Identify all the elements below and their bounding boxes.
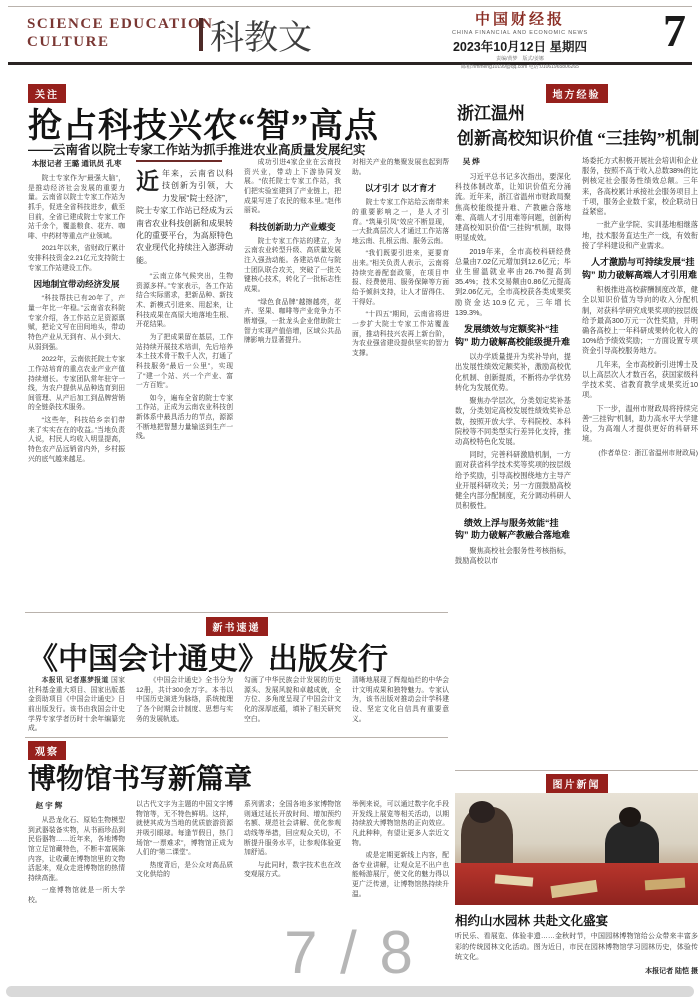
- body-text: 2022年，云南依托院士专家工作站培育的重点农业产业产值持续增长。专家团队常年驻…: [28, 355, 125, 413]
- main-intro: 近年来，云南省以科技创新为引领，大力发展“院士经济”，院士专家工作站已经成为云南…: [136, 168, 233, 267]
- wenzhou-col-right: 场委托方式积极开展社会培训和企业服务，按照不高于收入总数38%的比例核定社会服务…: [582, 156, 698, 764]
- body-text: 院士专家作为“最强大脑”，是推动经济社会发展的重要力量。云南省以院士专家工作站为…: [28, 174, 125, 241]
- body-text: 场委托方式积极开展社会培训和企业服务，按照不高于收入总数38%的比例核定社会服务…: [582, 156, 698, 217]
- main-col-2: 近年来，云南省以科技创新为引领，大力发展“院士经济”，院士专家工作站已经成为云南…: [136, 158, 233, 604]
- main-col-4: 对相关产业的集聚发展也起到帮助。 以才引才 以才育才 院士专家工作站给云南带来的…: [352, 158, 449, 604]
- body-text: “这些年，科技给乡亲们带来了实实在在的收益。”当地负责人说，村民人均收入明显提高…: [28, 416, 125, 464]
- body-text: 为了把成果留在基层，工作站持续开展技术培训，先后培养本土技术骨干数千人次，打通了…: [136, 333, 233, 391]
- body-text: “十四五”期间，云南省将进一步扩大院士专家工作站覆盖面，推动科技兴农再上新台阶，…: [352, 310, 449, 358]
- body-text: 聚焦高校社会服务性考核指标，鼓励高校以市: [455, 546, 571, 566]
- book-headline: 《中国会计通史》出版发行: [28, 634, 388, 678]
- tag-label: 图片新闻: [546, 774, 608, 793]
- newspaper-page: SCIENCE EDUCATION CULTURE 科教文 中国财经报 CHIN…: [0, 0, 700, 999]
- body-text: 院士专家工作站给云南带来的重要影响之一，是人才引育。“筑巢引凤”效应不断显现，一…: [352, 198, 449, 246]
- photo-head-left: [469, 801, 495, 823]
- masthead-divider-bar: [199, 18, 203, 51]
- book-col-1: 本报讯 记者惠梦报道 国家社科基金重大项目、国家出版基金资助项目《中国会计通史》…: [28, 676, 125, 734]
- museum-headline: 博物馆书写新篇章: [28, 757, 252, 797]
- main-byline: 本报记者 王璐 通讯员 孔枣: [28, 158, 125, 169]
- main-col-3: 成功引进4家企业在云南投资兴业，带动上下游协同发展。“依托院士专家工作站，我们把…: [244, 158, 341, 604]
- body-text: 从恐龙化石、原始生物模型到武器装备实物，从书画珍品到民俗器物……近年来，各地博物…: [28, 816, 125, 883]
- editor-line: 责编/黄梦 版式/姜娜: [410, 56, 630, 64]
- top-rule: [8, 6, 692, 7]
- section-title-en-line2: CULTURE: [27, 33, 214, 51]
- book-col-2: 《中国会计通史》全书分为12册，共计300余万字。本书以中国历史演进为脉络，系统…: [136, 676, 233, 734]
- tag-label: 地方经验: [546, 84, 608, 103]
- wenzhou-columns: 吴烨 习近平总书记多次指出，要深化科技体制改革，让知识价值充分涌流。近年来，浙江…: [455, 156, 698, 764]
- body-text: 以古代文字为主题的中国文字博物馆等，无不特色鲜明。这样，就使其成为当地的优质旅游…: [136, 800, 233, 858]
- subhead: 以才引才 以才育才: [352, 182, 449, 194]
- section-title-en: SCIENCE EDUCATION CULTURE: [27, 15, 214, 51]
- body-text: 如今，遍布全省的院士专家工作站，正成为云南农业科技创新体系中最具活力的节点，源源…: [136, 394, 233, 442]
- body-text: 一批产业学院、实训基地相继落地，技术服务直达生产一线，有效衔接了学科建设和产业需…: [582, 220, 698, 251]
- issue-date: 2023年10月12日 星期四: [410, 37, 630, 55]
- page-number: 7: [663, 8, 686, 54]
- body-text: 以办学质量提升为奖补导向，提出发展性绩效定额奖补，激励高校优化机制、创新提质，不…: [455, 352, 571, 393]
- dropcap: 近: [136, 170, 159, 193]
- wenzhou-col-left: 吴烨 习近平总书记多次指出，要深化科技体制改革，让知识价值充分涌流。近年来，浙江…: [455, 156, 571, 764]
- body-text: “绿色食品牌”越擦越亮，花卉、坚果、咖啡等产业竞争力不断增强，一批龙头企业借助院…: [244, 298, 341, 346]
- section-title-en-line1: SCIENCE EDUCATION: [27, 15, 214, 33]
- body-text: 对相关产业的集聚发展也起到帮助。: [352, 158, 449, 177]
- wenzhou-headline-line2: 创新高校知识价值 “三挂钩”机制: [457, 127, 699, 152]
- lead-label: 本报讯 记者惠梦报道: [42, 677, 109, 684]
- body-text: 热度背后，是公众对高品质文化供给的: [136, 861, 233, 880]
- photo-head-right: [619, 807, 641, 827]
- body-text: 积极推进高校薪酬制度改革，健全以知识价值为导向的收入分配机制，对获科学研究成果奖…: [582, 285, 698, 357]
- book-col-3: 勾画了中华民族会计发展的历史源头、发展风貌和卓越成就，全方位、多角度呈现了中国会…: [244, 676, 341, 734]
- paper-info: 中国财经报 CHINA FINANCIAL AND ECONOMIC NEWS …: [410, 8, 630, 71]
- section-divider: [455, 770, 698, 771]
- news-photo: [455, 793, 698, 905]
- staff-lines: 责编/黄梦 版式/姜娜 邮箱:hmmeng10199@qq.com 电话:010…: [410, 56, 630, 71]
- body-text: 与此同时，数字技术也在改变观展方式。: [244, 861, 341, 880]
- museum-byline: 赵宇辉: [28, 800, 125, 811]
- wenzhou-headline-line1: 浙江温州: [457, 102, 699, 127]
- section-title-cn: 科教文: [210, 10, 312, 59]
- section-divider: [25, 612, 448, 613]
- body-text: 院士专家工作站的建立，为云南农业转型升级、高质量发展注入强劲动能。各建站单位与院…: [244, 237, 341, 295]
- body-text: 举例来说，可以通过数字化手段开发线上展览等相关活动，以期持续放大博物馆热的正向效…: [352, 800, 449, 848]
- body-text: 2019年来，全市高校科研经费总量由7.02亿元增加到12.6亿元；毕业生留温就…: [455, 247, 571, 319]
- intro-rule: [136, 160, 222, 162]
- section-divider: [25, 737, 448, 738]
- body-text: 或是定期更新线上内容，配备专业讲解，让观众足不出户也能畅游展厅，使文化的魅力得以…: [352, 851, 449, 899]
- body-text: 几年来，全市高校新引进博士及以上高层次人才数百名，获国家级科学技术奖、省教育教学…: [582, 360, 698, 401]
- book-col-4: 清晰地展现了辉煌灿烂的中华会计文明成果和独特魅力。专家认为，该书出版对推动会计学…: [352, 676, 449, 734]
- main-article-columns: 本报记者 王璐 通讯员 孔枣 院士专家作为“最强大脑”，是推动经济社会发展的重要…: [28, 158, 450, 604]
- subhead: 科技创新助力产业蝶变: [244, 221, 341, 233]
- body-text: 勾画了中华民族会计发展的历史源头、发展风貌和卓越成就，全方位、多角度呈现了中国会…: [244, 676, 341, 724]
- body-text: 《中国会计通史》全书分为12册，共计300余万字。本书以中国历史演进为脉络，系统…: [136, 676, 233, 724]
- main-deck: ——云南省以院士专家工作站为抓手推进农业高质量发展纪实: [28, 140, 366, 158]
- body-text: 2021年以来，省财政厅累计安排科技资金2.21亿元支持院士专家工作站建设工作。: [28, 244, 125, 273]
- wenzhou-headline: 浙江温州 创新高校知识价值 “三挂钩”机制: [457, 102, 699, 151]
- section-tag-local: 地方经验: [455, 84, 698, 103]
- paper-name-en: CHINA FINANCIAL AND ECONOMIC NEWS: [410, 30, 630, 36]
- subhead: 发展绩效与定额奖补“挂钩” 助力破解高校能级提升难: [455, 323, 571, 348]
- main-col-1: 本报记者 王璐 通讯员 孔枣 院士专家作为“最强大脑”，是推动经济社会发展的重要…: [28, 158, 125, 604]
- wenzhou-byline: 吴烨: [455, 156, 571, 167]
- body-text: 国家社科基金重大项目、国家出版基金资助项目《中国会计通史》日前出版发行。该书由我…: [28, 677, 125, 732]
- body-text: 清晰地展现了辉煌灿烂的中华会计文明成果和独特魅力。专家认为，该书出版对推动会计学…: [352, 676, 449, 724]
- page-indicator-overlay: 7 / 8: [0, 918, 700, 987]
- body-text: 习近平总书记多次指出，要深化科技体制改革，让知识价值充分涌流。近年来，浙江省温州…: [455, 172, 571, 244]
- body-text: “云南立体气候突出，生物资源多样。”专家表示，各工作站结合实际需求，把新品种、新…: [136, 272, 233, 330]
- contact-line: 邮箱:hmmeng10199@qq.com 电话:01061965806265: [410, 64, 630, 72]
- subhead: 绩效上浮与服务效能“挂钩” 助力破解产教融合落地难: [455, 517, 571, 542]
- body-text: “科技帮扶已有20年了，产量一年比一年稳。”云南省农科院专家介绍，各工作站立足资…: [28, 294, 125, 352]
- body-text: 同时，完善科研激励机制，一方面对获省科学技术奖等奖项的按层级给予奖励，引导高校围…: [455, 450, 571, 511]
- body-text: “我们既要引进来，更要育出来。”相关负责人表示，云南将持续完善配套政策，在项目申…: [352, 249, 449, 307]
- viewer-bottom-bar[interactable]: [6, 986, 694, 997]
- body-text: 一座博物馆就是一所大学校。: [28, 886, 125, 905]
- paper-logo: 中国财经报: [410, 8, 630, 29]
- body-text: 系列需求；全国各地多家博物馆则通过延长开放时间、增加预约名额、规范社会讲解、优化…: [244, 800, 341, 858]
- body-text: 下一步，温州市财政局将持续完善“三挂钩”机制，助力高水平大学建设，为高端人才提供…: [582, 404, 698, 445]
- author-attribution: (作者单位：浙江省温州市财政局): [582, 447, 698, 457]
- section-tag-photonews: 图片新闻: [455, 774, 698, 793]
- book-article-columns: 本报讯 记者惠梦报道 国家社科基金重大项目、国家出版基金资助项目《中国会计通史》…: [28, 676, 450, 734]
- subhead: 因地制宜带动经济发展: [28, 278, 125, 290]
- body-text: 聚焦办学层次，分类划定奖补基数，分类划定高校发展性绩效奖补总数，按照开放大学、专…: [455, 396, 571, 447]
- body-text: 成功引进4家企业在云南投资兴业，带动上下游协同发展。“依托院士专家工作站，我们把…: [244, 158, 341, 216]
- subhead: 人才激励与可持续发展“挂钩” 助力破解高端人才引用难: [582, 256, 698, 281]
